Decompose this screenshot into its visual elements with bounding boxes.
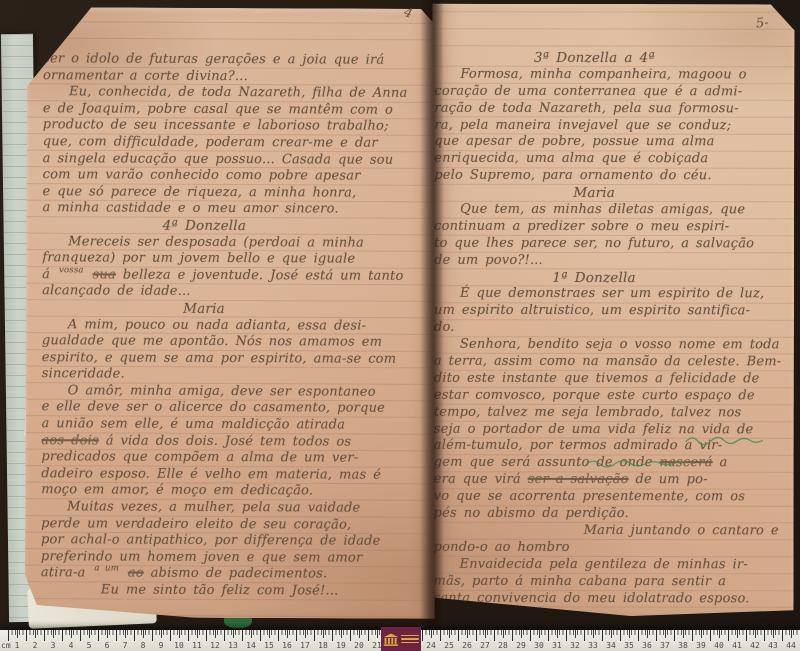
- handwriting-line: Muitas vezes, a mulher, pela sua vaidade: [41, 499, 435, 517]
- handwriting-line: to que lhes parece ser, no futuro, a sal…: [434, 235, 794, 253]
- ruler-number: 28: [498, 641, 508, 650]
- handwriting-line: um espirito altruistico, um espirito san…: [434, 303, 794, 321]
- ruler-number: 36: [642, 641, 652, 650]
- ruler-number: 18: [318, 641, 328, 650]
- handwriting-line: Mereceis ser desposada (perdoai a minha: [42, 234, 436, 252]
- green-pencil-annotation: [584, 456, 688, 470]
- handwriting-line: Eu me sinto tão feliz com José!...: [41, 582, 435, 600]
- handwriting-line: a união sem elle, é uma maldicção atirad…: [41, 416, 435, 434]
- scale-ruler: cm 1234567891011121314151617181920212425…: [0, 630, 800, 651]
- ruler-number: 35: [624, 641, 634, 650]
- ruler-number: 33: [588, 641, 598, 650]
- handwriting-line: e de Joaquim, pobre casal que se mantêm …: [43, 101, 437, 119]
- page-number-right: 5-: [755, 15, 769, 31]
- handwriting-line: perde um verdadeiro eleito de seu coraçã…: [41, 516, 435, 534]
- handwriting-line: gualdade que me apontão. Nós nos amamos …: [42, 333, 436, 351]
- ruler-number: 40: [714, 641, 724, 650]
- handwriting-line: continuam a predizer sobre o meu espiri-: [434, 219, 794, 237]
- handwriting-line: de um povo?!...: [434, 252, 794, 270]
- ruler-number: 31: [552, 641, 562, 650]
- ruler-number: 26: [462, 641, 472, 650]
- handwriting-line: vo que se acorrenta presentemente, com o…: [434, 489, 794, 507]
- green-pencil-annotation: [684, 432, 770, 448]
- handwriting-line: ração de toda Nazareth, pela sua formosu…: [434, 100, 794, 118]
- stamp-text-lines: [401, 635, 419, 644]
- handwriting-line: era que virá ser a salvação de um po-: [434, 472, 794, 490]
- handwriting-line: tempo, talvez me seja lembrado, talvez n…: [434, 404, 794, 422]
- ruler-number: 39: [696, 641, 706, 650]
- ruler-number: 16: [282, 641, 292, 650]
- handwriting-line: Envaidecida pela gentileza de minhas ir-: [434, 556, 794, 574]
- handwriting-line: A mim, pouco ou nada adianta, essa desi-: [42, 317, 436, 335]
- section-heading: 1ª Donzella: [434, 269, 794, 287]
- handwriting-line: ser o idolo de futuras gerações e a joia…: [43, 51, 437, 69]
- handwriting-line: que, com difficuldade, poderam crear-me …: [43, 134, 437, 152]
- handwriting-line: e elle deve ser o alicerce do casamento,…: [42, 400, 436, 418]
- handwriting-line: do.: [434, 320, 794, 338]
- handwriting-line: coração de uma conterranea que é a admi-: [434, 83, 794, 101]
- handwriting-line: ra, pela maneira invejavel que se conduz…: [434, 117, 794, 135]
- handwriting-line: á vossa sua belleza e joventude. José es…: [42, 267, 436, 285]
- museum-building-icon: [383, 632, 399, 647]
- ruler-number: 12: [210, 641, 220, 650]
- handwriting-line: O amôr, minha amiga, deve ser espontaneo: [42, 383, 436, 401]
- section-heading: Maria: [42, 300, 436, 318]
- ruler-number: 7: [123, 641, 128, 650]
- stage-direction: pondo-o ao hombro: [434, 540, 794, 558]
- handwriting-line: Eu, conhecida, de toda Nazareth, filha d…: [43, 84, 437, 102]
- handwriting-line: ornamentar a corte divina?...: [43, 68, 437, 86]
- ruler-number: 2: [33, 641, 38, 650]
- left-page-text: ser o idolo de futuras gerações e a joia…: [41, 7, 438, 619]
- ruler-number: 24: [426, 641, 436, 650]
- ruler-number: 43: [768, 641, 778, 650]
- ruler-number: 14: [246, 641, 256, 650]
- handwriting-line: a minha castidade e o meu amor sincero.: [42, 201, 436, 219]
- handwriting-line: que apesar de pobre, possue uma alma: [434, 134, 794, 152]
- section-heading: 4ª Donzella: [42, 217, 436, 235]
- right-page-text: 3ª Donzella a 4ªFormosa, minha companhei…: [433, 4, 794, 617]
- right-page: 3ª Donzella a 4ªFormosa, minha companhei…: [431, 4, 794, 617]
- ruler-number: 19: [336, 641, 346, 650]
- ruler-number: 6: [105, 641, 110, 650]
- ruler-number: 5: [87, 641, 92, 650]
- section-heading: Maria: [434, 185, 794, 203]
- ruler-number: 3: [51, 641, 56, 650]
- ruler-number: 10: [174, 641, 184, 650]
- handwriting-line: producto de seu incessante e laborioso t…: [43, 118, 437, 136]
- ruler-number: 15: [264, 641, 274, 650]
- ruler-number: 41: [732, 641, 742, 650]
- ruler-unit-label: cm: [1, 641, 11, 650]
- handwriting-line: espirito, e quem se ama por espirito, am…: [42, 350, 436, 368]
- handwriting-line: estar comvosco, porque este curto espaço…: [434, 387, 794, 405]
- handwriting-line: atira-a a um ao abismo de padecimentos.: [41, 566, 435, 584]
- handwriting-line: a singela educação que possuo... Casada …: [43, 151, 437, 169]
- handwriting-line: a terra, assim como na mansão da celeste…: [434, 354, 794, 372]
- ruler-number: 27: [480, 641, 490, 650]
- handwriting-line: Que tem, as minhas diletas amigas, que: [434, 202, 794, 220]
- handwriting-line: alcançado de idade...: [42, 283, 436, 301]
- ruler-number: 37: [660, 641, 670, 650]
- section-heading: 3ª Donzella a 4ª: [434, 50, 794, 68]
- manuscript-scan: ser o idolo de futuras gerações e a joia…: [0, 0, 800, 651]
- ruler-number: 38: [678, 641, 688, 650]
- handwriting-line: sinceridade.: [42, 366, 436, 384]
- stage-direction: Maria juntando o cantaro e: [434, 523, 794, 541]
- handwriting-line: pés no abismo da perdição.: [434, 506, 794, 524]
- archive-stamp: [381, 627, 421, 651]
- ruler-number: 20: [354, 641, 364, 650]
- handwriting-line: e que só parece de riqueza, a minha honr…: [42, 184, 436, 202]
- ruler-number: 13: [228, 641, 238, 650]
- handwriting-line: Formosa, minha companheira, magoou o: [434, 67, 794, 85]
- handwriting-line: santa convivencia do meu idolatrado espo…: [433, 590, 793, 608]
- handwriting-line: pelo Supremo, para ornamento do céu.: [434, 168, 794, 186]
- ruler-number: 32: [570, 641, 580, 650]
- handwriting-line: aos dois á vida dos dois. José tem todos…: [41, 433, 435, 451]
- handwriting-line: com um varão conhecido como pobre apesar: [43, 167, 437, 185]
- handwriting-line: moço em amor, é moço em dedicação.: [41, 483, 435, 501]
- left-page: ser o idolo de futuras gerações e a joia…: [25, 7, 438, 619]
- handwriting-line: franqueza) por um jovem bello e que igua…: [42, 250, 436, 268]
- handwriting-line: enriquecida, uma alma que é cobiçada: [434, 151, 794, 169]
- ruler-number: 44: [786, 641, 796, 650]
- ruler-number: 25: [444, 641, 454, 650]
- ruler-number: 29: [516, 641, 526, 650]
- handwriting-line: É que demonstraes ser um espirito de luz…: [434, 286, 794, 304]
- ruler-number: 34: [606, 641, 616, 650]
- ruler-number: 1: [15, 641, 20, 650]
- ruler-number: 30: [534, 641, 544, 650]
- handwriting-line: predicados que compõem a alma de um ver-: [41, 449, 435, 467]
- handwriting-line: por achal-o antipathico, por differença …: [41, 532, 435, 550]
- ruler-number: 17: [300, 641, 310, 650]
- handwriting-line: dito este instante que tivemos a felicid…: [434, 371, 794, 389]
- ruler-number: 42: [750, 641, 760, 650]
- ruler-number: 9: [159, 641, 164, 650]
- ruler-number: 4: [69, 641, 74, 650]
- ruler-number: 11: [192, 641, 202, 650]
- ruler-number: 8: [141, 641, 146, 650]
- handwriting-line: Senhora, bendito seja o vosso nome em to…: [434, 337, 794, 355]
- handwriting-line: mãs, parto á minha cabana para sentir a: [434, 573, 794, 591]
